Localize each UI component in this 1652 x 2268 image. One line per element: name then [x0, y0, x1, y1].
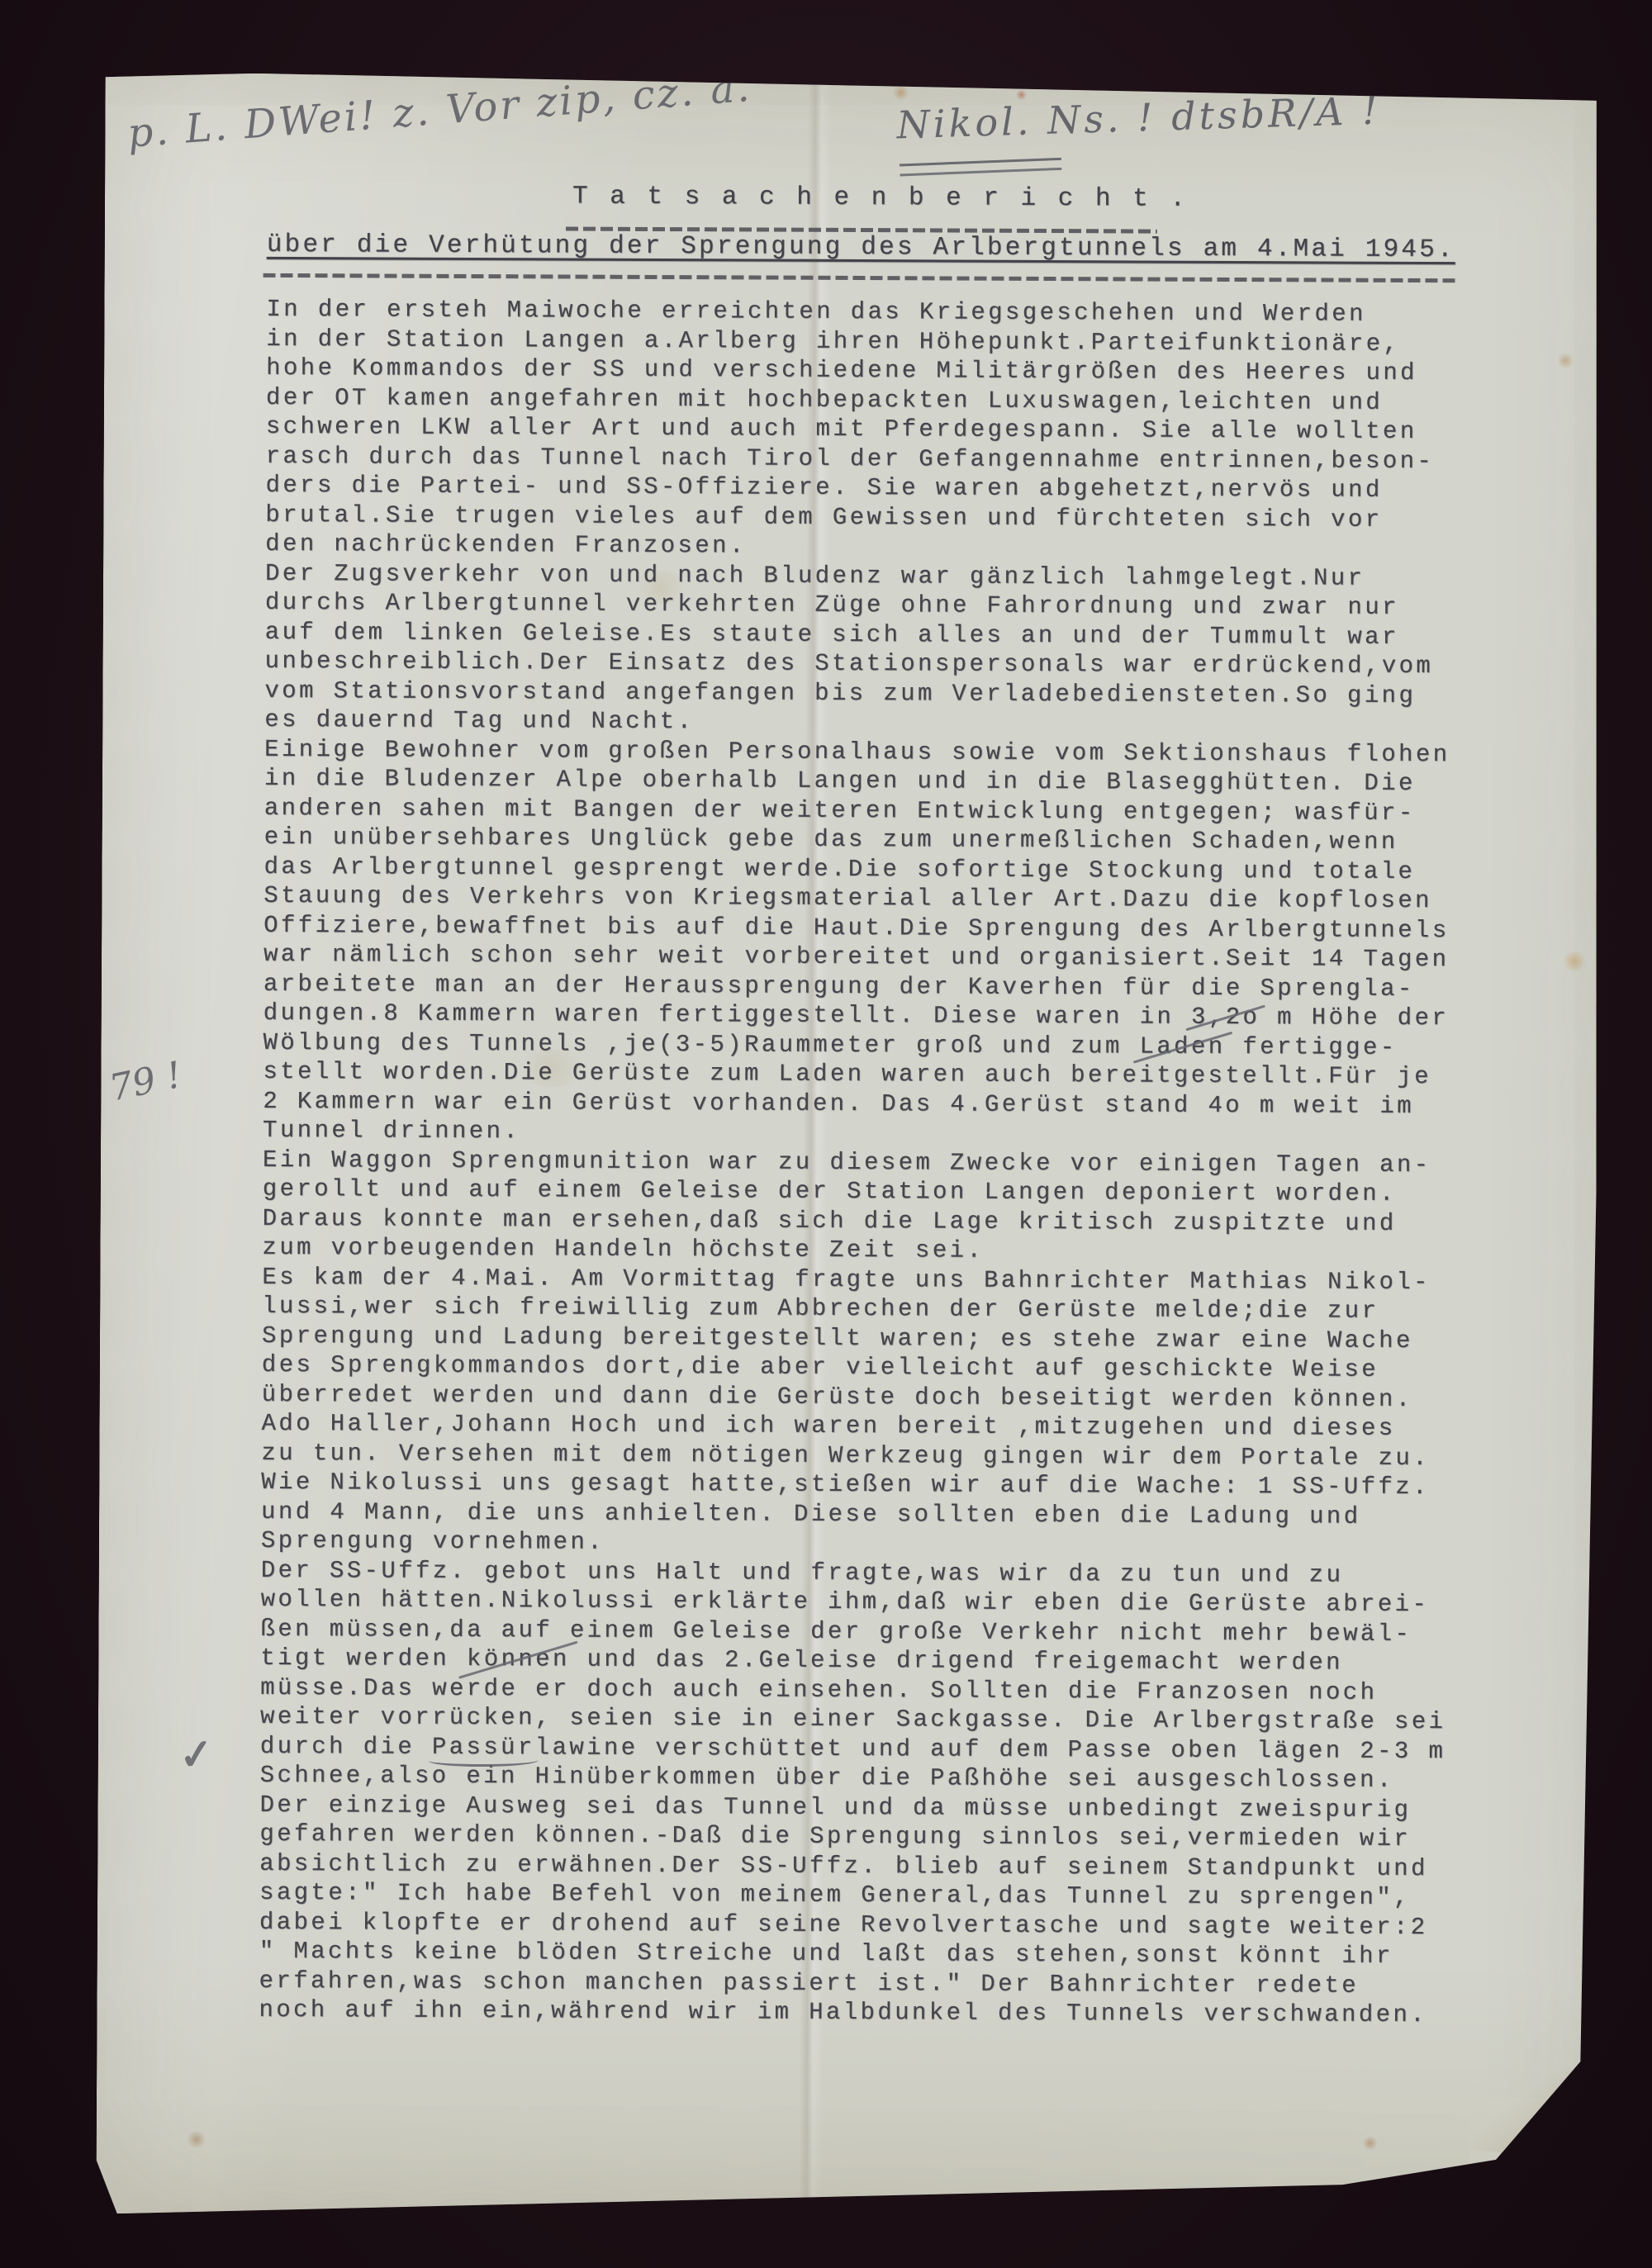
- handwritten-checkmark: ✓: [177, 1729, 216, 1781]
- text-line: Tunnel drinnen.: [263, 1116, 1551, 1151]
- text-line: " Machts keine blöden Streiche und laßt …: [259, 1937, 1548, 1971]
- handwritten-double-underline: [900, 158, 1061, 177]
- paragraph: Der SS-Uffz. gebot uns Halt und fragte,w…: [259, 1555, 1549, 2030]
- text-line: schweren LKW aller Art und auch mit Pfer…: [266, 412, 1555, 447]
- text-line: zum vorbeugenden Handeln höchste Zeit se…: [262, 1233, 1550, 1268]
- text-line: wollen hätten.Nikolussi erklärte ihm,daß…: [261, 1585, 1550, 1620]
- text-line: hohe Kommandos der SS und verschiedene M…: [266, 353, 1555, 388]
- text-line: In der ersteh Maiwoche erreichten das Kr…: [266, 295, 1555, 330]
- text-line: durchs Arlbergtunnel verkehrten Züge ohn…: [265, 588, 1554, 623]
- text-line: lussi,wer sich freiwillig zum Abbrechen …: [262, 1292, 1550, 1326]
- text-line: gerollt und auf einem Geleise der Statio…: [263, 1174, 1551, 1209]
- text-line: es dauernd Tag und Nacht.: [264, 705, 1553, 740]
- handwritten-annotation-top-left: p. L. DWei! z. Vor zip, cz. a.: [126, 64, 753, 157]
- text-line: Schnee,also ein Hinüberkommen über die P…: [260, 1761, 1549, 1796]
- paragraph: In der ersteh Maiwoche erreichten das Kr…: [265, 295, 1555, 564]
- document-body: In der ersteh Maiwoche erreichten das Kr…: [259, 295, 1555, 2030]
- document-title: T a t s a c h e n b e r i c h t .: [572, 183, 1189, 214]
- document-subtitle: über die Verhütung der Sprengung des Arl…: [267, 230, 1455, 264]
- text-line: ders die Partei- und SS-Offiziere. Sie w…: [265, 471, 1554, 505]
- stain: [186, 2131, 207, 2147]
- text-line: des Sprengkommandos dort,die aber vielle…: [262, 1350, 1550, 1385]
- text-line: in die Bludenzer Alpe oberhalb Langen un…: [264, 764, 1553, 799]
- text-line: sagte:" Ich habe Befehl von meinem Gener…: [259, 1878, 1548, 1913]
- text-line: war nämlich schon sehr weit vorbereitet …: [263, 940, 1552, 975]
- stain: [892, 86, 910, 99]
- folded-corner: [1471, 2059, 1588, 2161]
- text-line: ein unübersehbares Unglück gebe das zum …: [264, 823, 1553, 857]
- stain: [1362, 2137, 1379, 2150]
- stain: [1562, 951, 1587, 971]
- text-line: dungen.8 Kammern waren fertiggestellt. D…: [263, 999, 1552, 1033]
- text-line: tigt werden können und das 2.Geleise dri…: [260, 1644, 1549, 1678]
- text-line: stellt worden.Die Gerüste zum Laden ware…: [263, 1057, 1551, 1092]
- stain: [1556, 353, 1574, 368]
- text-line: Stauung des Verkehrs von Kriegsmaterial …: [263, 881, 1552, 916]
- text-line: gefahren werden können.-Daß die Sprengun…: [259, 1820, 1548, 1854]
- handwritten-margin-number: 79 !: [106, 1054, 185, 1110]
- text-line: Sprengung vornehmen.: [261, 1526, 1550, 1561]
- handwritten-annotation-top-right: Nikol. Ns. ! dtsbR/A !: [896, 88, 1382, 148]
- paragraph: Es kam der 4.Mai. Am Vormittag fragte un…: [261, 1262, 1551, 1561]
- text-line: durch die Passürlawine verschüttet und a…: [260, 1731, 1549, 1766]
- paragraph: Der Zugsverkehr von und nach Bludenz war…: [264, 558, 1554, 740]
- text-line: Wie Nikolussi uns gesagt hatte,stießen w…: [261, 1468, 1550, 1502]
- text-line: unbeschreiblich.Der Einsatz des Stations…: [264, 647, 1553, 681]
- paragraph: Ein Waggon Sprengmunition war zu diesem …: [262, 1145, 1551, 1268]
- paragraph: Einige Bewohner vom großen Personalhaus …: [263, 734, 1553, 1151]
- text-line: den nachrückenden Franzosen.: [265, 529, 1554, 564]
- text-line: noch auf ihn ein,während wir im Halbdunk…: [259, 1995, 1547, 2030]
- text-line: Ado Haller,Johann Hoch und ich waren ber…: [261, 1409, 1550, 1444]
- scan-background: { "colors":{ "background":"#1d1016", "pa…: [0, 0, 1652, 2268]
- document-page: p. L. DWei! z. Vor zip, cz. a. Nikol. Ns…: [96, 73, 1607, 2220]
- subtitle-dashed-underline: [263, 273, 1458, 282]
